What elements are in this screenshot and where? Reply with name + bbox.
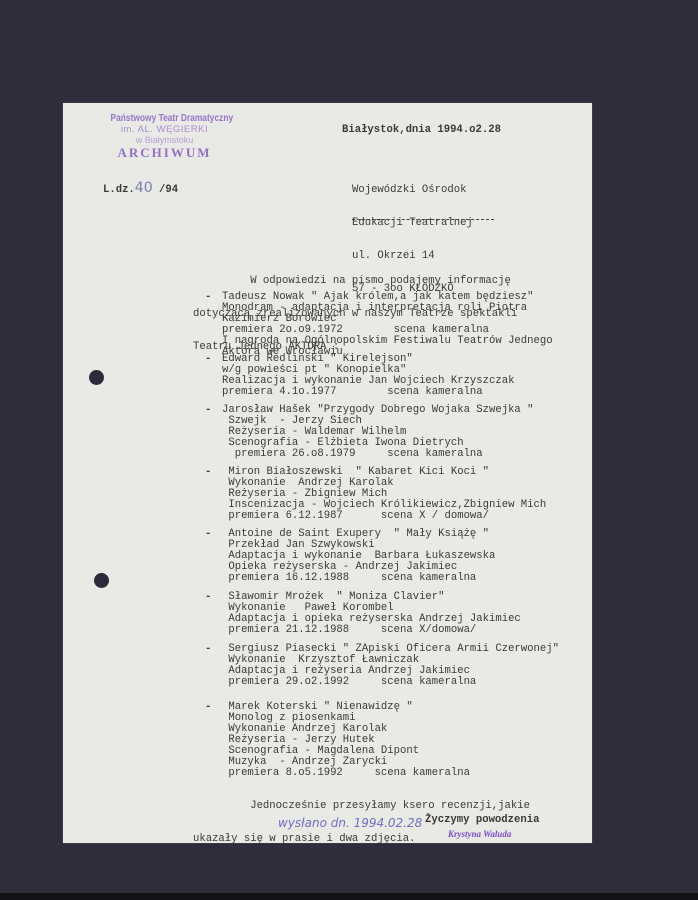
stamp-line-4: ARCHIWUM (97, 146, 232, 160)
place-and-date: Białystok,dnia 1994.o2.28 (342, 125, 501, 136)
reference-handwritten-number: 40 (135, 180, 153, 196)
list-bullet: - (205, 292, 211, 303)
list-bullet: - (205, 405, 211, 416)
address-underline (352, 219, 494, 220)
reference-suffix: /94 (153, 184, 178, 196)
entry-line: premiera 4.1o.1977 scena kameralna (222, 387, 514, 398)
recipient-line: Wojewódzki Ośrodok (352, 185, 473, 196)
closing-line: Jednocześnie przesyłamy ksero recenzji,j… (193, 801, 530, 812)
stamp-line-1: Państwowy Teatr Dramatyczny (111, 113, 219, 124)
entry-lines: Sławomir Mrożek " Moniza Clavier" Wykona… (222, 592, 521, 636)
list-bullet: - (205, 592, 211, 603)
reference-prefix: L.dz. (103, 184, 135, 196)
letter-page: Państwowy Teatr Dramatyczny im. AL. WĘGI… (63, 103, 592, 843)
entry-lines: Antoine de Saint Exupery " Mały Książę "… (222, 529, 495, 584)
handwritten-sent-note: wysłano dn. 1994.02.28 (278, 816, 422, 830)
entry-lines: Sergiusz Piasecki " ZApiski Oficera Armi… (222, 644, 559, 688)
punch-hole-bottom (94, 573, 109, 588)
entry-lines: Miron Białoszewski " Kabaret Kici Koci "… (222, 467, 546, 522)
signature: Krystyna Waluda (448, 829, 511, 839)
list-bullet: - (205, 354, 211, 365)
archive-stamp: Państwowy Teatr Dramatyczny im. AL. WĘGI… (97, 113, 232, 160)
entry-line: premiera 26.o8.1979 scena kameralna (222, 449, 534, 460)
entry-lines: Edward Redliński " Kirelejson"w/g powieś… (222, 354, 514, 398)
entry-line: premiera 6.12.1987 scena X / domowa/ (222, 511, 546, 522)
closing-wish: Życzymy powodzenia (425, 815, 539, 826)
stamp-line-2: im. AL. WĘGIERKI (97, 124, 232, 135)
list-bullet: - (205, 467, 211, 478)
entry-line: premiera 29.o2.1992 scena kameralna (222, 677, 559, 688)
entry-lines: Jarosław Hašek "Przygody Dobrego Wojaka … (222, 405, 534, 460)
entry-lines: Tadeusz Nowak " Ajak królem,a jak katem … (222, 292, 553, 358)
entry-line: premiera 8.o5.1992 scena kameralna (222, 768, 470, 779)
entry-line: premiera 16.12.1988 scena kameralna (222, 573, 495, 584)
list-bullet: - (205, 702, 211, 713)
reference-number: L.dz.40 /94 (103, 183, 178, 196)
intro-line: W odpowiedzi na pismo podajemy informacj… (193, 276, 517, 287)
entry-line: premiera 21.12.1988 scena X/domowa/ (222, 625, 521, 636)
scanner-bottom-edge (0, 893, 698, 900)
entry-lines: Marek Koterski " Nienawidzę " Monolog z … (222, 702, 470, 779)
punch-hole-top (89, 370, 104, 385)
list-bullet: - (205, 644, 211, 655)
list-bullet: - (205, 529, 211, 540)
